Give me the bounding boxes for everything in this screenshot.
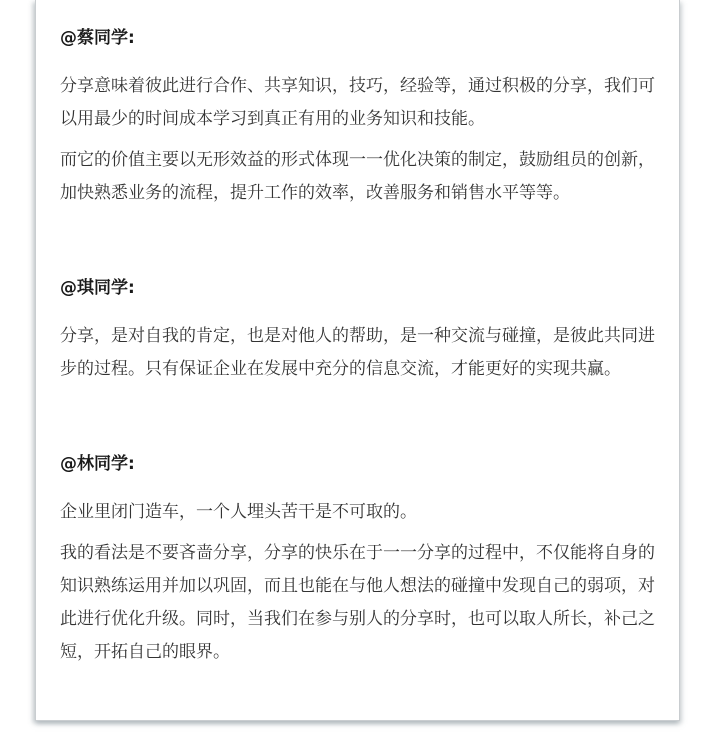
article-card: @蔡同学: 分享意味着彼此进行合作、共享知识，技巧，经验等，通过积极的分享，我们… — [35, 0, 680, 721]
comment-author: @蔡同学: — [60, 22, 655, 55]
comment-paragraph: 分享意味着彼此进行合作、共享知识，技巧，经验等，通过积极的分享，我们可以用最少的… — [60, 70, 655, 136]
comment-section-qi: @琪同学: 分享，是对自我的肯定，也是对他人的帮助，是一种交流与碰撞，是彼此共同… — [60, 272, 655, 386]
comment-author: @林同学: — [60, 448, 655, 481]
comment-section-lin: @林同学: 企业里闭门造车，一个人埋头苦干是不可取的。 我的看法是不要吝啬分享，… — [60, 448, 655, 669]
comment-author: @琪同学: — [60, 272, 655, 305]
comment-paragraph: 而它的价值主要以无形效益的形式体现一一优化决策的制定，鼓励组员的创新，加快熟悉业… — [60, 144, 655, 210]
comment-section-cai: @蔡同学: 分享意味着彼此进行合作、共享知识，技巧，经验等，通过积极的分享，我们… — [60, 22, 655, 210]
comment-paragraph: 企业里闭门造车，一个人埋头苦干是不可取的。 — [60, 496, 655, 529]
comment-paragraph: 分享，是对自我的肯定，也是对他人的帮助，是一种交流与碰撞，是彼此共同进步的过程。… — [60, 320, 655, 386]
comment-paragraph: 我的看法是不要吝啬分享，分享的快乐在于一一分享的过程中，不仅能将自身的知识熟练运… — [60, 537, 655, 669]
